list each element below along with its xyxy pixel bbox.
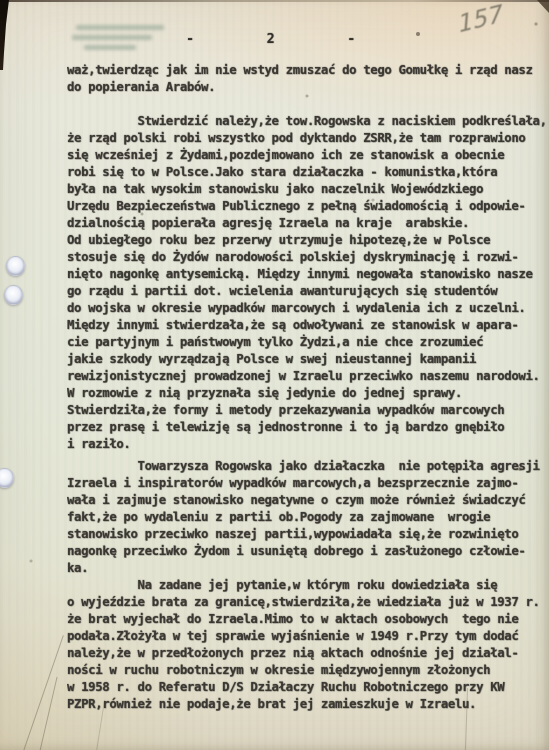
paragraph: Towarzysza Rogowska jako działaczka nie … [67,458,549,577]
punch-hole [4,285,23,305]
faint-stamp [72,25,167,57]
paragraph: Na zadane jej pytanie,w którym roku dowi… [67,577,549,713]
page-number: - 2 - [186,31,363,47]
typewritten-text: waż,twierdząc jak im nie wstyd zmuszać d… [67,62,549,722]
crease-line [39,677,57,750]
scan-edge-top-shadow [0,0,549,2]
scanned-document-page: 157 - 2 - waż,twierdząc jak im nie wstyd… [0,0,549,750]
scan-edge-left-shadow [0,0,10,70]
paper-speckles [0,0,2,2]
punch-hole [0,468,14,488]
handwritten-folio-number: 157 [457,0,504,39]
paragraph: waż,twierdząc jak im nie wstyd zmuszać d… [67,62,549,96]
paragraph: Stwierdzić należy,że tow.Rogowska z naci… [67,113,549,453]
punch-hole [6,256,25,276]
